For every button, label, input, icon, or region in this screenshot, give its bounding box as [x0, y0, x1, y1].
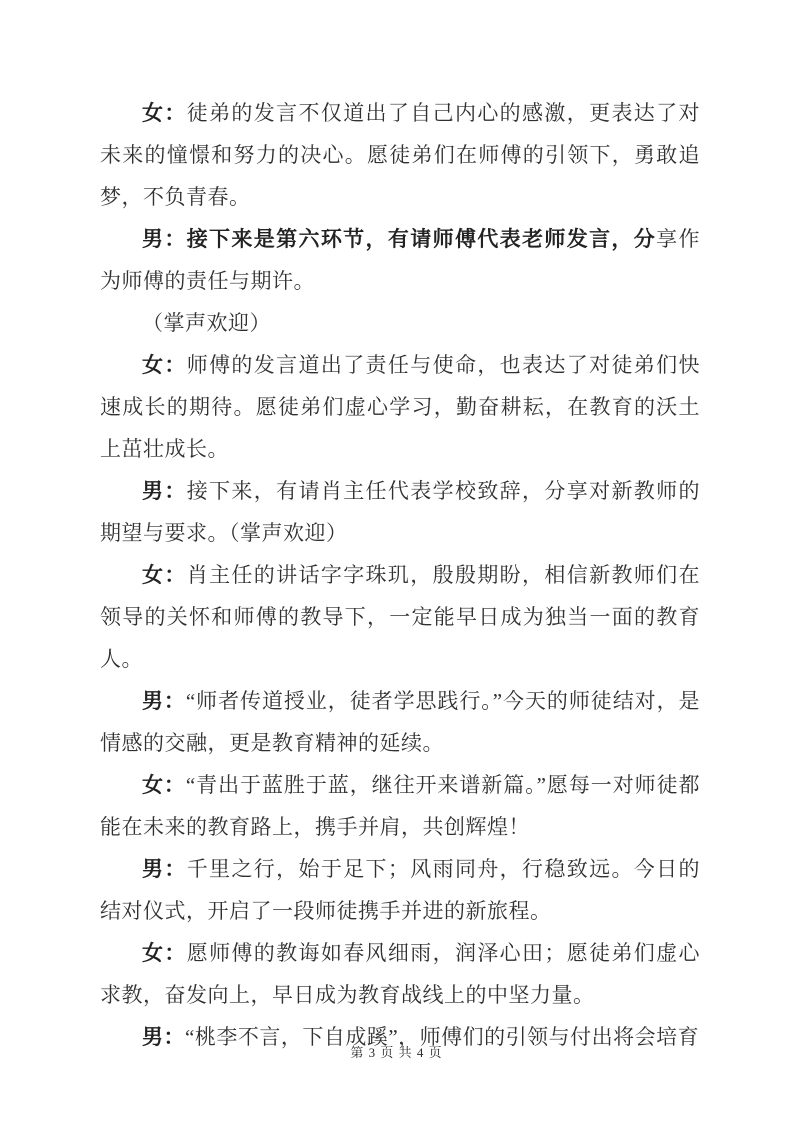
paragraph-4: 女：师傅的发言道出了责任与使命，也表达了对徒弟们快速成长的期待。愿徒弟们虚心学习… [100, 344, 700, 470]
speaker-label: 男： [142, 857, 187, 881]
paragraph-10: 女：愿师傅的教诲如春风细雨，润泽心田；愿徒弟们虚心求教，奋发向上，早日成为教育战… [100, 932, 700, 1016]
paragraph-text: 接下来，有请肖主任代表学校致辞，分享对新教师的期望与要求。（掌声欢迎） [100, 479, 700, 545]
paragraph-text: 愿师傅的教诲如春风细雨，润泽心田；愿徒弟们虚心求教，奋发向上，早日成为教育战线上… [100, 941, 700, 1007]
speaker-label: 女： [142, 773, 186, 797]
paragraph-text: 师傅的发言道出了责任与使命，也表达了对徒弟们快速成长的期待。愿徒弟们虚心学习，勤… [100, 353, 700, 461]
paragraph-8: 女：“青出于蓝胜于蓝，继往开来谱新篇。”愿每一对师徒都能在未来的教育路上，携手并… [100, 764, 700, 848]
paragraph-text: 肖主任的讲话字字珠玑，殷殷期盼，相信新教师们在领导的关怀和师傅的教导下，一定能早… [100, 563, 700, 671]
paragraph-text: 千里之行，始于足下；风雨同舟，行稳致远。今日的结对仪式，开启了一段师徒携手并进的… [100, 857, 700, 923]
paragraph-6: 女：肖主任的讲话字字珠玑，殷殷期盼，相信新教师们在领导的关怀和师傅的教导下，一定… [100, 554, 700, 680]
paragraph-5: 男：接下来，有请肖主任代表学校致辞，分享对新教师的期望与要求。（掌声欢迎） [100, 470, 700, 554]
paragraph-text: 徒弟的发言不仅道出了自己内心的感激，更表达了对未来的憧憬和努力的决心。愿徒弟们在… [100, 101, 700, 209]
speaker-label: 男： [142, 689, 186, 713]
paragraph-text: （掌声欢迎） [142, 311, 271, 335]
speaker-label: 女： [142, 101, 187, 125]
document-body: 女：徒弟的发言不仅道出了自己内心的感激，更表达了对未来的憧憬和努力的决心。愿徒弟… [100, 92, 700, 1058]
paragraph-2: 男：接下来是第六环节，有请师傅代表老师发言，分享作为师傅的责任与期许。 [100, 218, 700, 302]
paragraph-text: “青出于蓝胜于蓝，继往开来谱新篇。”愿每一对师徒都能在未来的教育路上，携手并肩，… [100, 773, 700, 839]
paragraph-7: 男：“师者传道授业，徒者学思践行。”今天的师徒结对，是情感的交融，更是教育精神的… [100, 680, 700, 764]
page-number-footer: 第 3 页 共 4 页 [0, 1042, 793, 1061]
speaker-label: 男： [142, 479, 187, 503]
speaker-label: 女： [142, 563, 187, 587]
paragraph-3-stage-direction: （掌声欢迎） [100, 302, 700, 344]
document-page: 女：徒弟的发言不仅道出了自己内心的感激，更表达了对未来的憧憬和努力的决心。愿徒弟… [0, 0, 793, 1122]
paragraph-1: 女：徒弟的发言不仅道出了自己内心的感激，更表达了对未来的憧憬和努力的决心。愿徒弟… [100, 92, 700, 218]
speaker-label: 女： [142, 941, 187, 965]
speaker-label: 男：接下来是第六环节，有请师傅代表老师发言，分 [142, 227, 656, 251]
paragraph-9: 男：千里之行，始于足下；风雨同舟，行稳致远。今日的结对仪式，开启了一段师徒携手并… [100, 848, 700, 932]
paragraph-text: “师者传道授业，徒者学思践行。”今天的师徒结对，是情感的交融，更是教育精神的延续… [100, 689, 700, 755]
speaker-label: 女： [142, 353, 187, 377]
